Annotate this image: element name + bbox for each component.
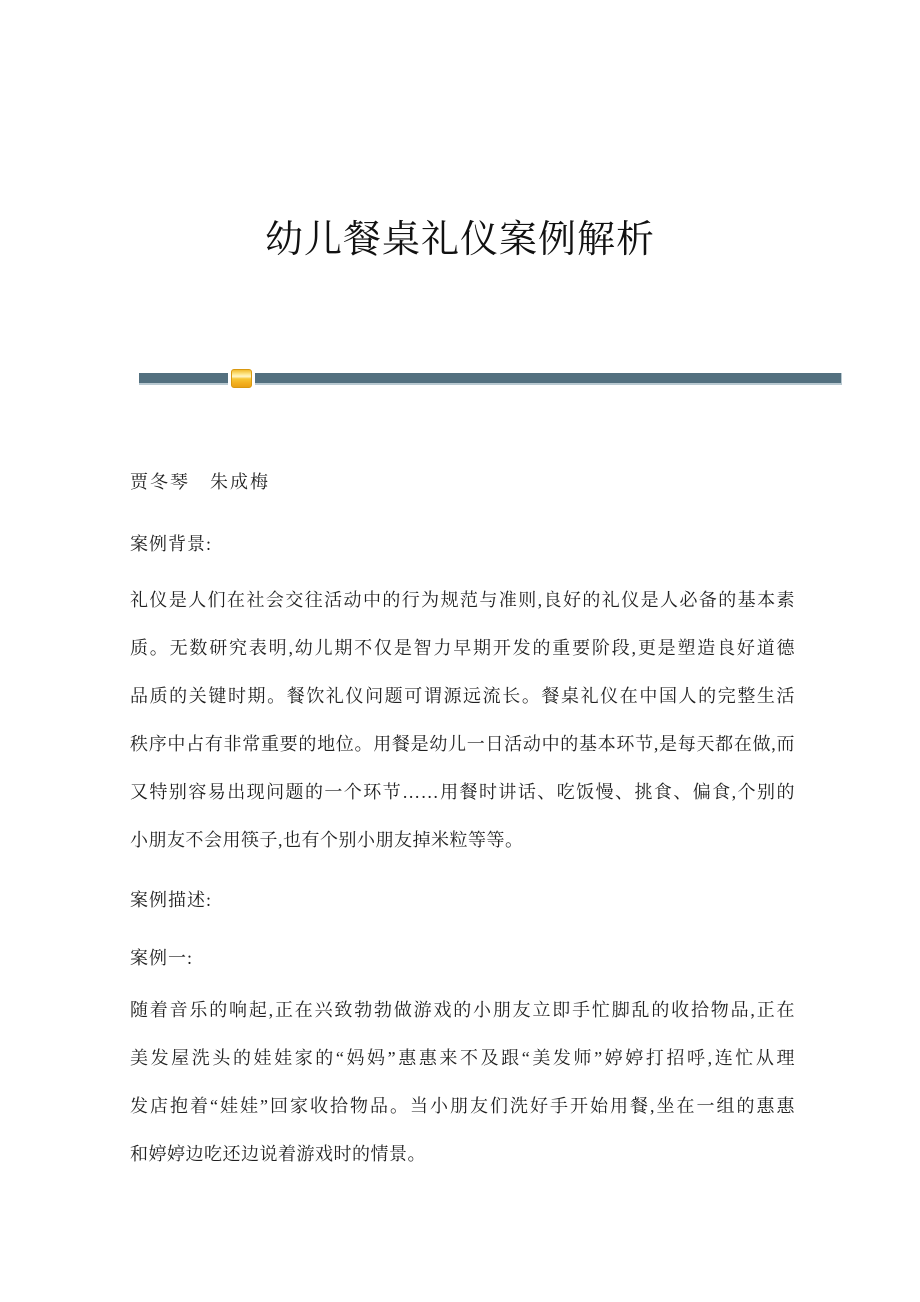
text-line: 礼仪是人们在社会交往活动中的行为规范与准则,良好的礼仪是人必备的基本素: [130, 576, 795, 624]
text-line: 美发屋洗头的娃娃家的“妈妈”惠惠来不及跟“美发师”婷婷打招呼,连忙从理: [130, 1034, 795, 1082]
paragraph-case-one: 随着音乐的响起,正在兴致勃勃做游戏的小朋友立即手忙脚乱的收拾物品,正在 美发屋洗…: [130, 986, 795, 1178]
text-line: 和婷婷边吃还边说着游戏时的情景。: [130, 1130, 795, 1178]
authors-line: 贾冬琴 朱成梅: [130, 458, 795, 506]
heading-case-one: 案例一:: [130, 934, 795, 982]
text-line: 发店抱着“娃娃”回家收拾物品。当小朋友们洗好手开始用餐,坐在一组的惠惠: [130, 1082, 795, 1130]
heading-case-description: 案例描述:: [130, 876, 795, 924]
text-line: 小朋友不会用筷子,也有个别小朋友掉米粒等等。: [130, 816, 795, 864]
heading-case-background: 案例背景:: [130, 520, 795, 568]
page-title: 幼儿餐桌礼仪案例解析: [0, 208, 920, 263]
text-line: 质。无数研究表明,幼儿期不仅是智力早期开发的重要阶段,更是塑造良好道德: [130, 624, 795, 672]
text-line: 随着音乐的响起,正在兴致勃勃做游戏的小朋友立即手忙脚乱的收拾物品,正在: [130, 986, 795, 1034]
envelope-icon: [231, 369, 252, 388]
text-line: 又特别容易出现问题的一个环节……用餐时讲话、吃饭慢、挑食、偏食,个别的: [130, 768, 795, 816]
section-divider: [139, 373, 842, 385]
text-line: 秩序中占有非常重要的地位。用餐是幼儿一日活动中的基本环节,是每天都在做,而: [130, 720, 795, 768]
paragraph-case-background: 礼仪是人们在社会交往活动中的行为规范与准则,良好的礼仪是人必备的基本素 质。无数…: [130, 576, 795, 864]
document-body: 贾冬琴 朱成梅 案例背景: 礼仪是人们在社会交往活动中的行为规范与准则,良好的礼…: [130, 458, 795, 1178]
document-page: 幼儿餐桌礼仪案例解析 贾冬琴 朱成梅 案例背景: 礼仪是人们在社会交往活动中的行…: [0, 0, 920, 1302]
text-line: 品质的关键时期。餐饮礼仪问题可谓源远流长。餐桌礼仪在中国人的完整生活: [130, 672, 795, 720]
